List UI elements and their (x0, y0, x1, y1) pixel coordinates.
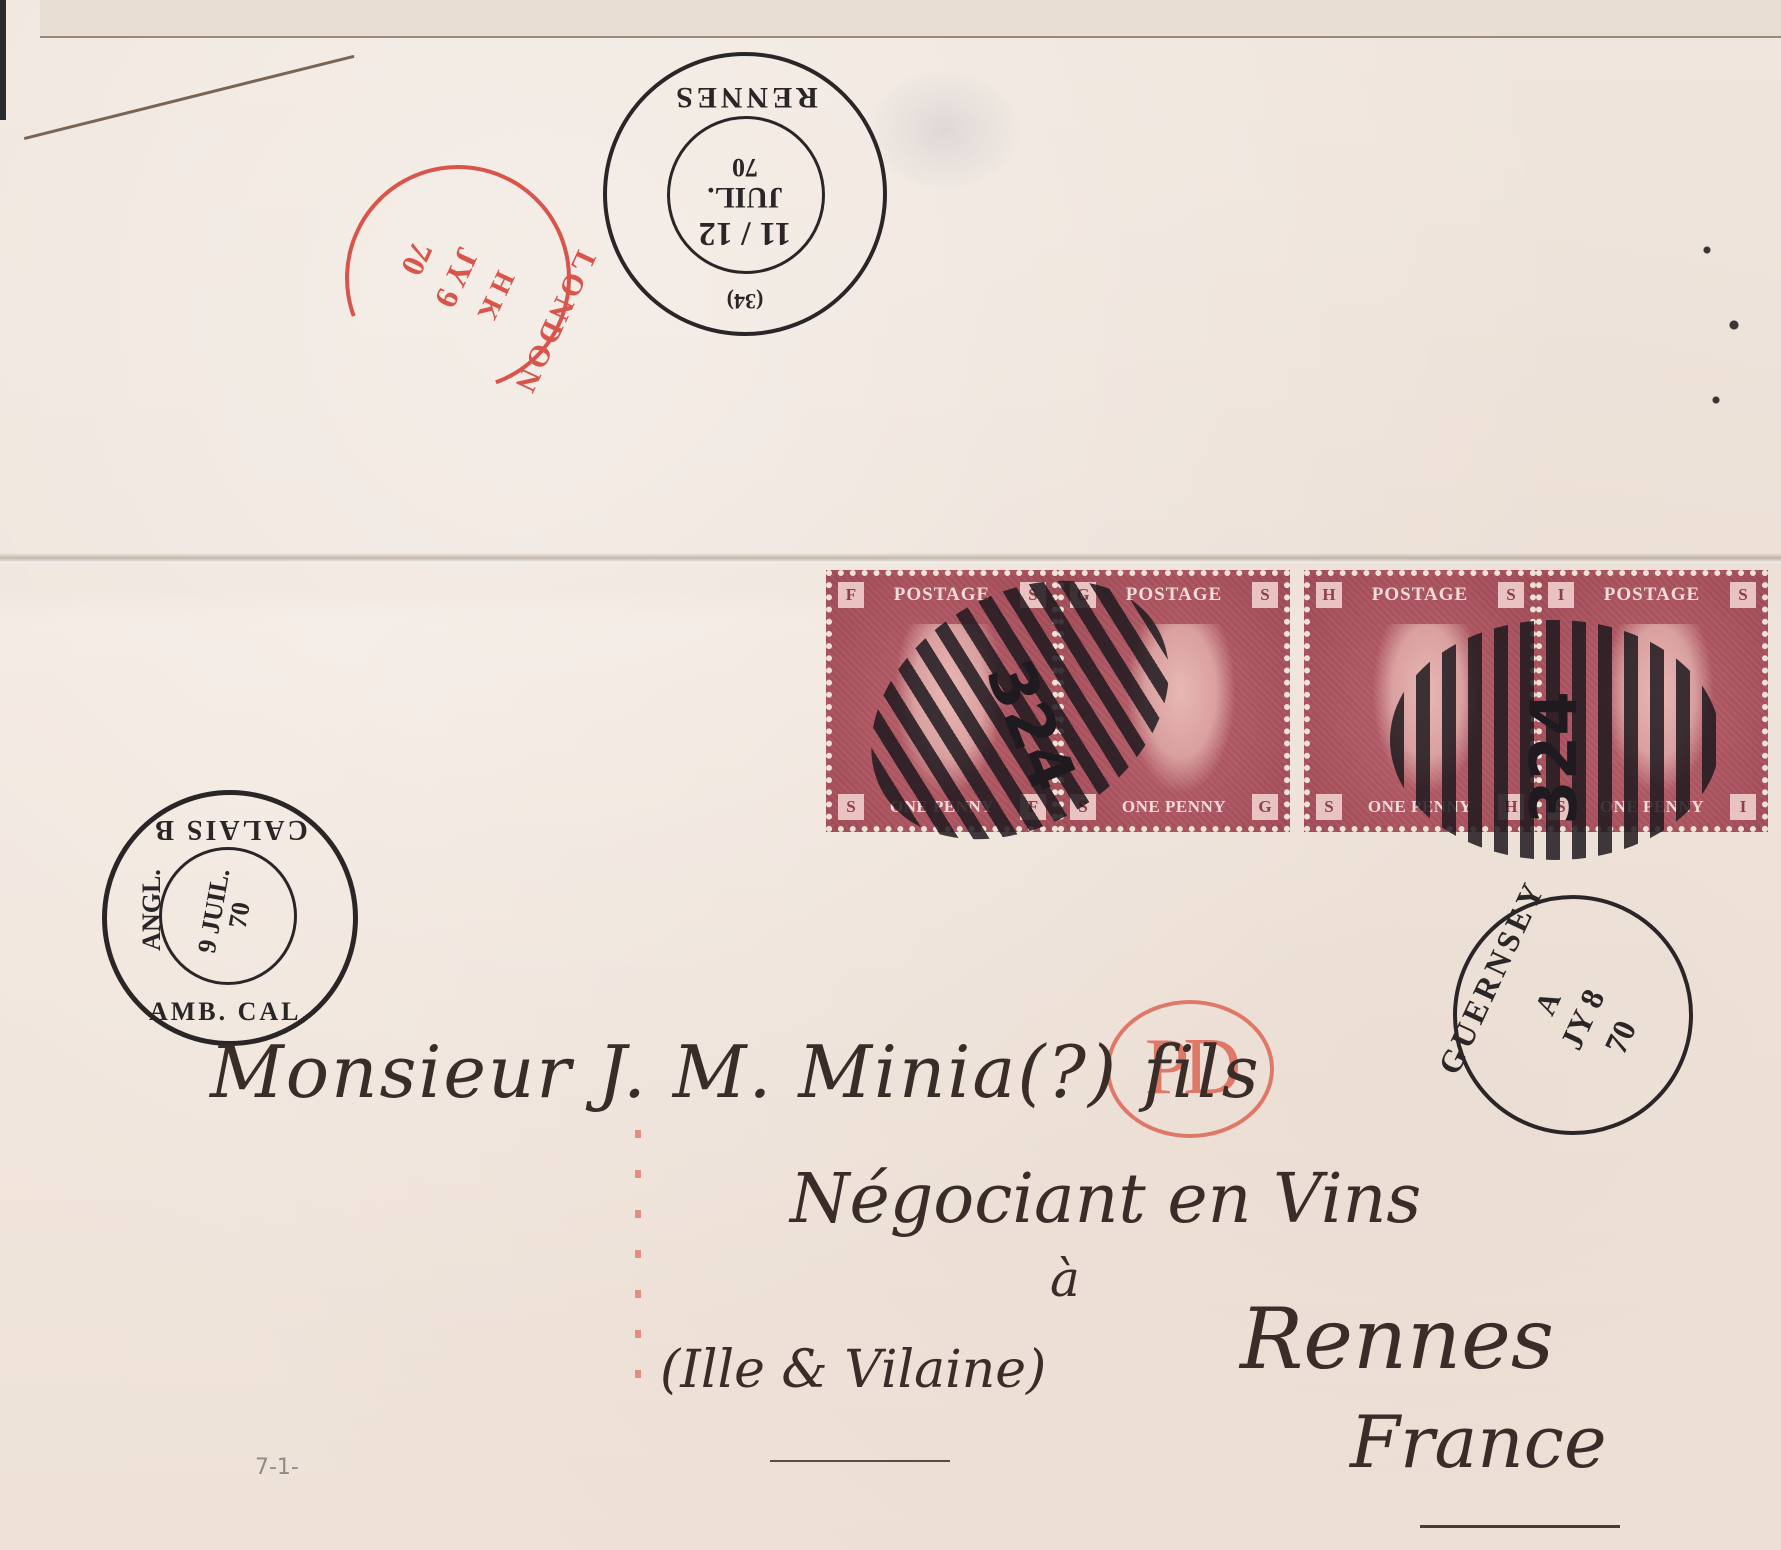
check-letter: S (1316, 794, 1342, 820)
stamp-top-label: POSTAGE (1346, 584, 1494, 606)
address-underline (770, 1460, 950, 1462)
address-occupation: Négociant en Vins (790, 1160, 1421, 1239)
stamp-value-label: ONE PENNY (1098, 797, 1250, 817)
calais-transit-postmark: CALAIS B ANGL. 9 JUIL. 70 AMB. CAL. (102, 790, 358, 1046)
postmark-dept: (34) (607, 288, 883, 314)
address-country: France (1350, 1400, 1607, 1484)
back-flap-edge (40, 0, 1781, 38)
rennes-arrival-postmark: (34) 11 / 12 JUIL. 70 RENNES (603, 52, 887, 336)
postmark-bottom-text: AMB. CAL. (117, 997, 343, 1027)
postmark-town: RENNES (607, 80, 883, 114)
horizontal-fold (0, 553, 1781, 563)
postmark-top-text: CALAIS B (117, 813, 343, 845)
address-addressee: Monsieur J. M. Minia(?) fils (210, 1030, 1261, 1114)
check-letter: S (838, 794, 864, 820)
stamp-top-label: POSTAGE (1578, 584, 1726, 606)
address-department: (Ille & Vilaine) (660, 1340, 1046, 1400)
pencil-annotation: 7-1- (255, 1455, 299, 1480)
postmark-month: JUIL. (607, 180, 883, 214)
postmark-day: 11 / 12 (607, 214, 883, 252)
postmark-left-text: ANGL. (137, 869, 167, 951)
address-city: Rennes (1240, 1290, 1554, 1388)
address-preposition: à (1050, 1250, 1080, 1308)
check-letter: S (1730, 582, 1756, 608)
left-shadow (0, 0, 6, 120)
check-letter: S (1252, 582, 1278, 608)
numeral-cancel-right: 324 (1390, 620, 1720, 860)
wax-seal-remnant (870, 70, 1020, 190)
postmark-year: 70 (607, 152, 883, 182)
red-crayon-marks (635, 1130, 641, 1380)
check-letter: H (1316, 582, 1342, 608)
check-letter: G (1252, 794, 1278, 820)
address-underline (1420, 1525, 1620, 1528)
ink-stains (1680, 200, 1770, 450)
check-letter: I (1730, 794, 1756, 820)
check-letter: F (838, 582, 864, 608)
